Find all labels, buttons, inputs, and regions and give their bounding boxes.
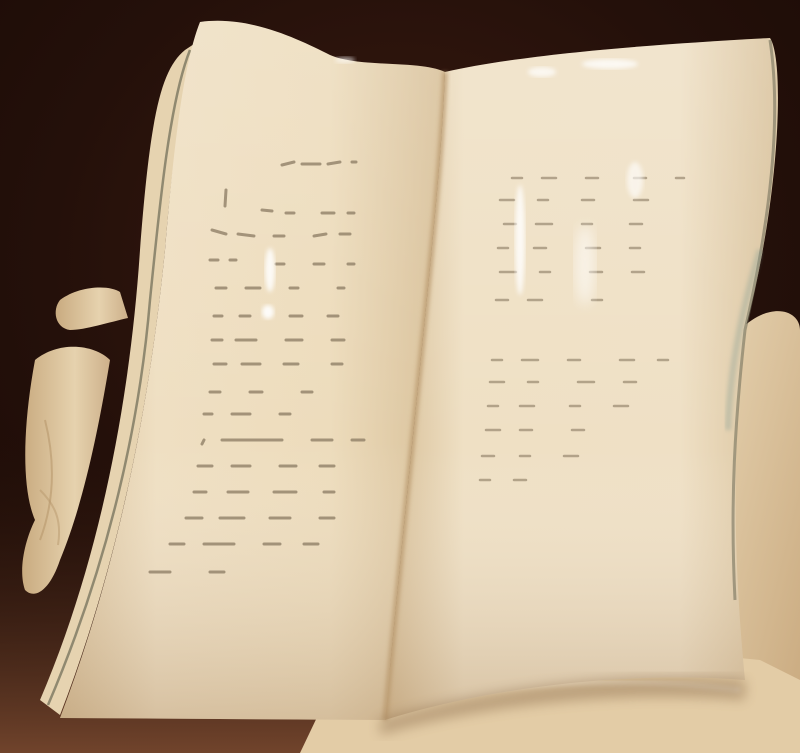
- photo-scene: Glazed porcelain figurine detail: hand h…: [0, 0, 800, 753]
- figurine-illustration: [0, 0, 800, 753]
- right-page-shading: [385, 38, 778, 720]
